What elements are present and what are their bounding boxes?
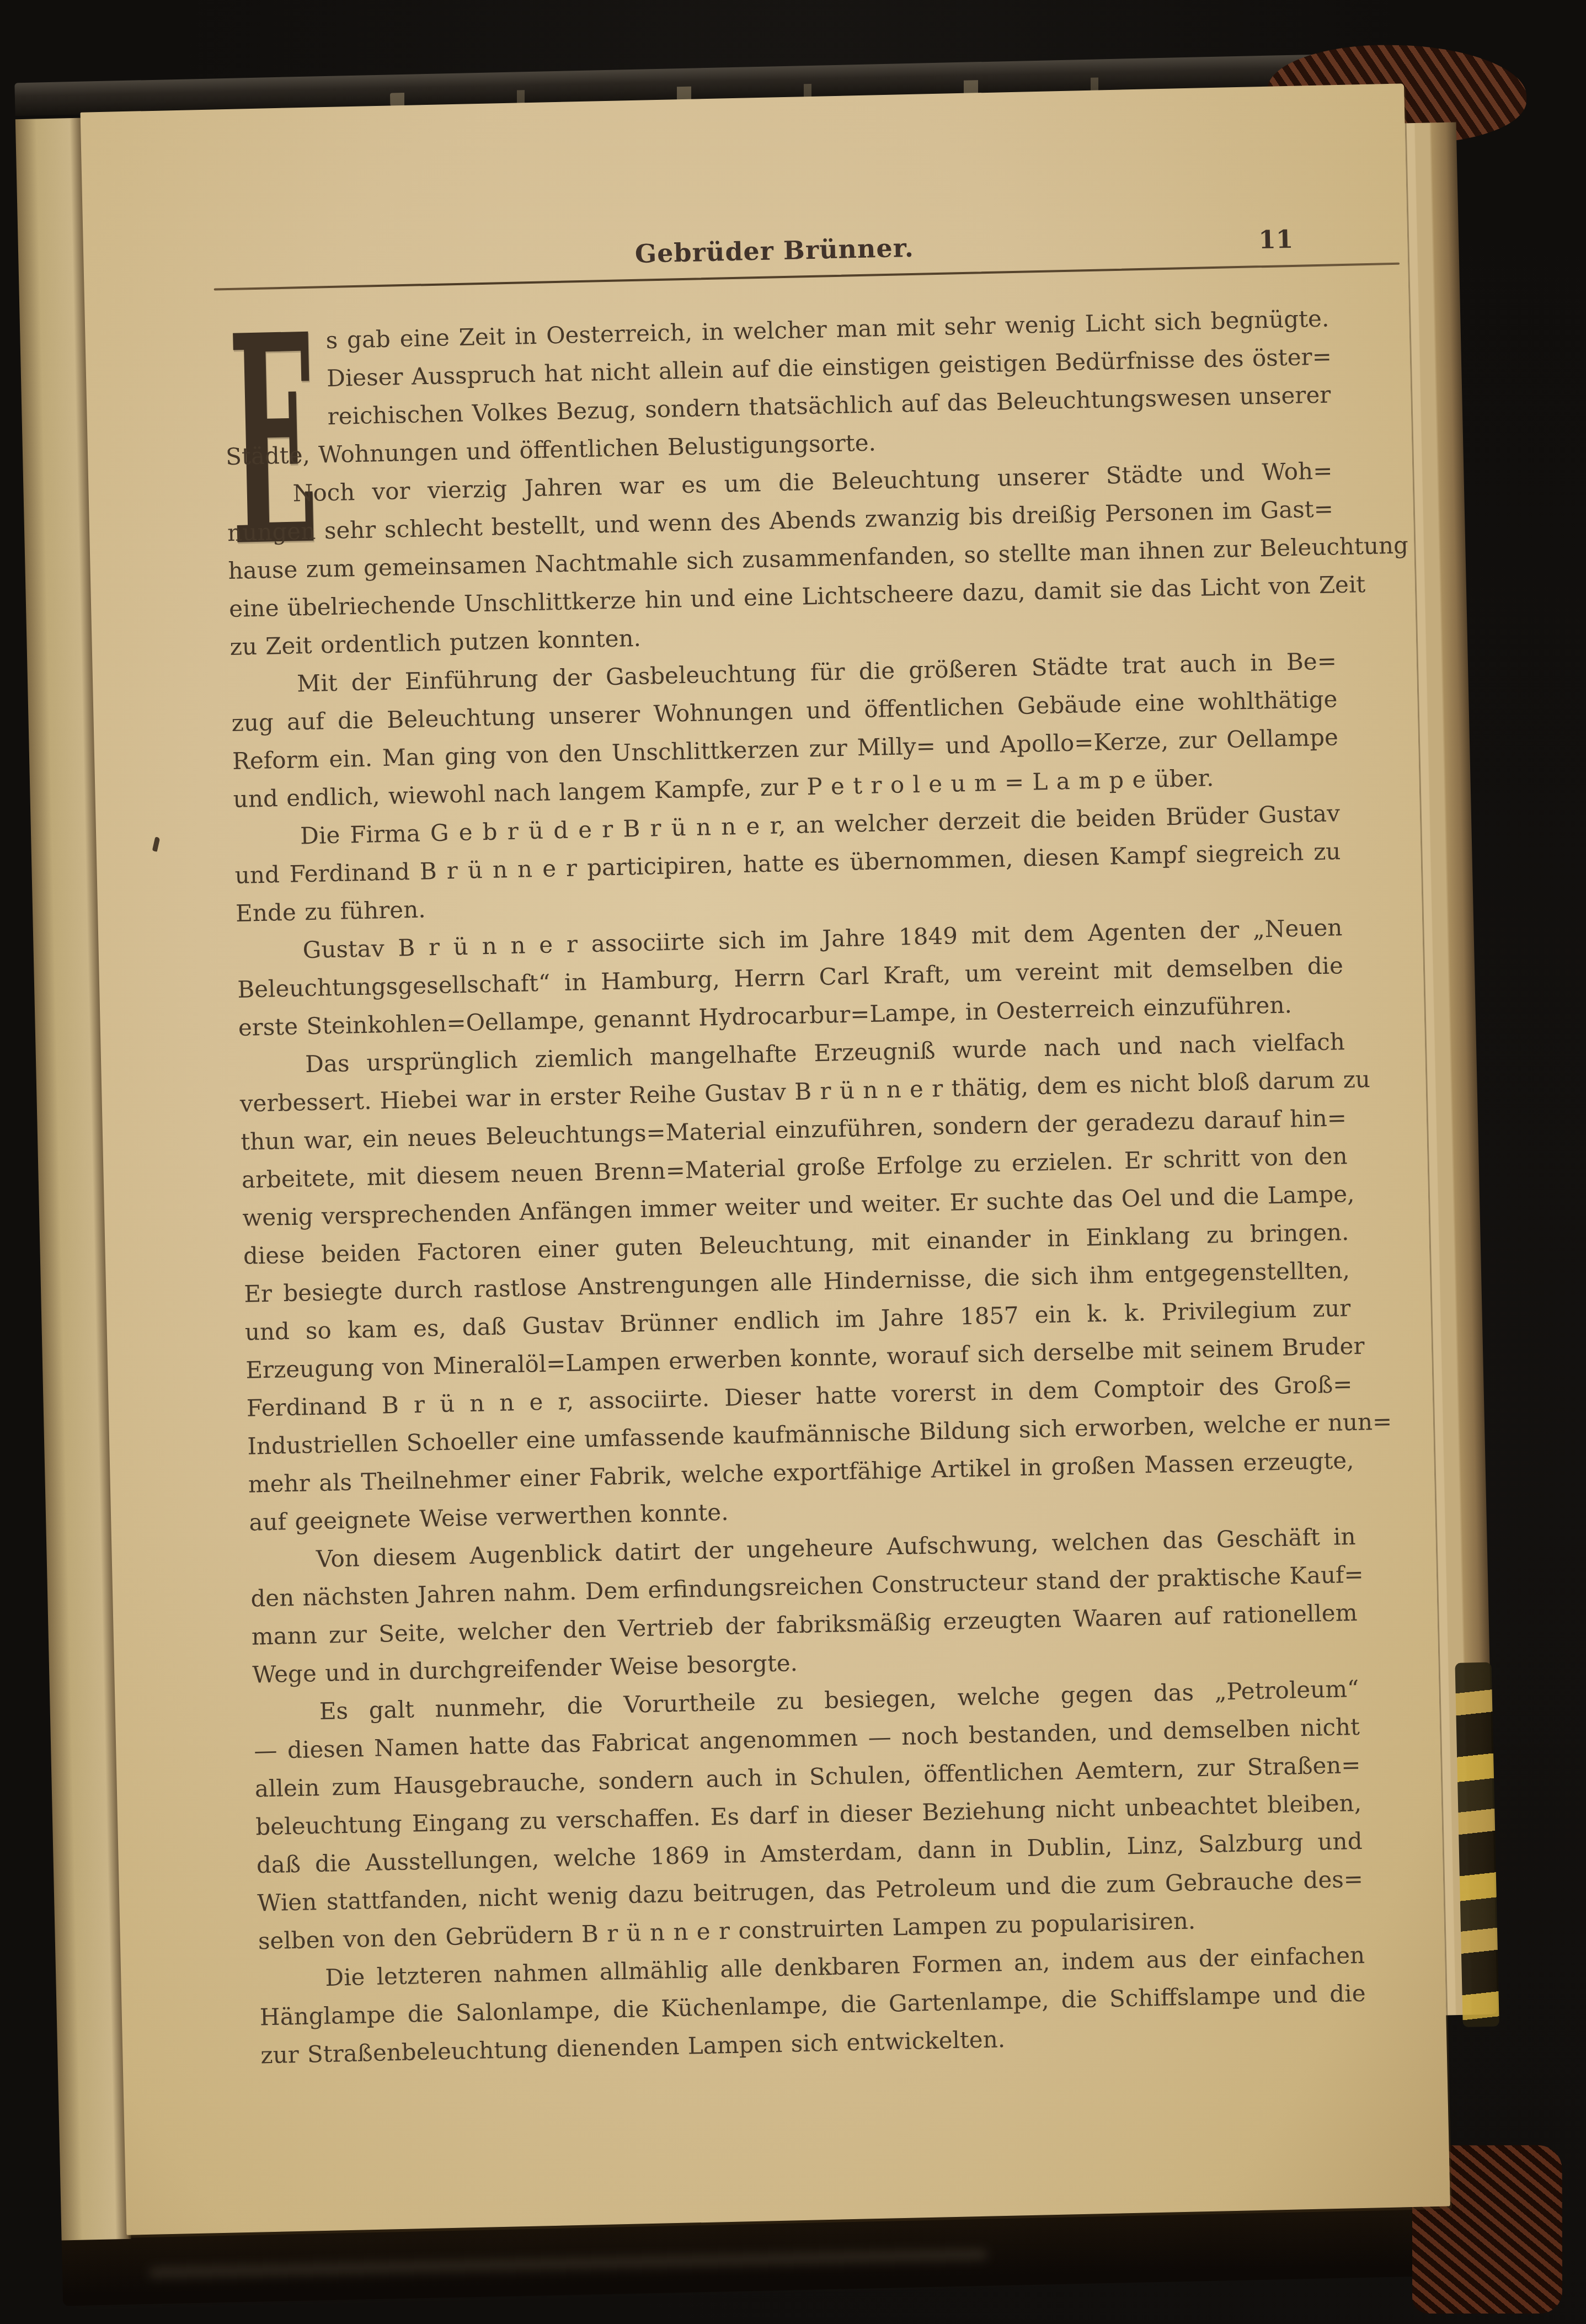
page-number: 11: [1258, 223, 1294, 257]
text-block: s gab eine Zeit in Oesterreich, in welch…: [223, 299, 1367, 2074]
page-edge-stain-strip: [1455, 1662, 1499, 2027]
ink-stray-mark: [152, 836, 161, 851]
header-title: Gebrüder Brünner.: [221, 222, 1328, 280]
book-page: Gebrüder Brünner. 11 E s gab eine Zeit i…: [81, 83, 1450, 2235]
book: Gebrüder Brünner. 11 E s gab eine Zeit i…: [14, 50, 1574, 2306]
running-header: Gebrüder Brünner. 11: [221, 222, 1328, 280]
